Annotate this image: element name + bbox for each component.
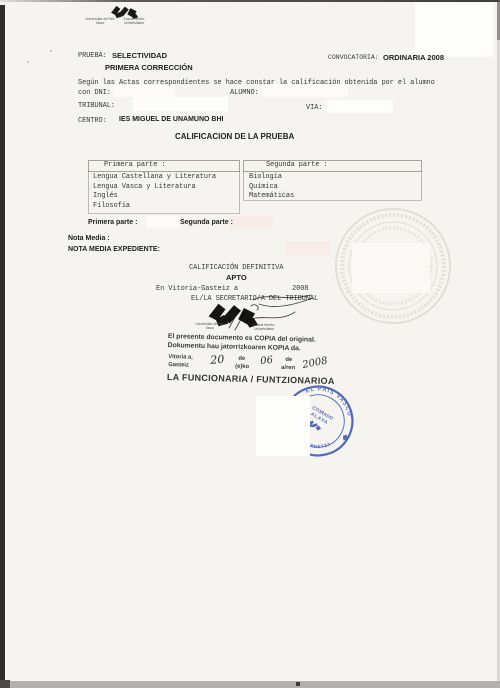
university-name-es: Universidad del País Vasco bbox=[85, 18, 115, 25]
signature-scribble bbox=[215, 288, 325, 340]
section-title: CALIFICACION DE LA PRUEBA bbox=[175, 132, 294, 141]
dni-label: con DNI: bbox=[78, 89, 111, 97]
subject-item: Lengua Castellana y Literatura bbox=[93, 173, 216, 183]
subject-item: Filosofía bbox=[93, 202, 216, 212]
redaction-top-right bbox=[415, 3, 493, 57]
part1-score-label: Primera parte : bbox=[88, 219, 137, 226]
copy-eko: (e)ko bbox=[235, 364, 249, 370]
scan-corner-mark bbox=[0, 680, 10, 688]
redaction-part2-score bbox=[229, 216, 273, 229]
table-part2-subjects: Biología Química Matemáticas bbox=[249, 173, 294, 202]
scanned-document: Universidad del País Vasco Euskal Herrik… bbox=[0, 0, 500, 688]
subject-item: Inglés bbox=[93, 192, 216, 202]
scan-edge-bottom bbox=[0, 681, 500, 688]
table-part2-header: Segunda parte : bbox=[266, 161, 328, 169]
via-label: VIA: bbox=[306, 104, 322, 112]
redaction-part1-score bbox=[146, 216, 180, 228]
prueba-value: SELECTIVIDAD bbox=[112, 51, 167, 60]
nota-media-label: Nota Media : bbox=[68, 235, 110, 242]
redaction-faint-stamp bbox=[352, 243, 430, 293]
centro-value: IES MIGUEL DE UNAMUNO BHI bbox=[119, 116, 224, 123]
scan-edge-left bbox=[0, 5, 5, 682]
university-name-eu: Euskal Herriko Unibertsitatea bbox=[118, 18, 150, 25]
result-verdict: APTO bbox=[226, 273, 247, 282]
convocatoria-label: CONVOCATORIA: bbox=[328, 54, 379, 61]
copy-place-es: Vitoria a, bbox=[168, 354, 193, 361]
centro-label: CENTRO: bbox=[78, 117, 107, 125]
copy-place-eu: Gasteiz bbox=[168, 362, 189, 369]
redaction-tribunal bbox=[133, 97, 228, 111]
scan-speck-bottom bbox=[296, 682, 300, 686]
convocatoria-value: ORDINARIA 2008 bbox=[383, 53, 444, 62]
copy-de2: de bbox=[285, 357, 292, 363]
subject-item: Química bbox=[249, 183, 294, 193]
prueba-label: PRUEBA: bbox=[78, 52, 107, 60]
subject-item: Biología bbox=[249, 173, 294, 183]
redaction-blue-stamp bbox=[256, 396, 310, 456]
copy-de1: de bbox=[238, 356, 245, 362]
part2-score-label: Segunda parte : bbox=[180, 219, 233, 226]
redaction-expediente-score bbox=[286, 242, 330, 255]
result-heading: CALIFICACIÓN DEFINITIVA bbox=[189, 264, 283, 272]
nota-expediente-label: NOTA MEDIA EXPEDIENTE: bbox=[68, 246, 160, 253]
handwritten-month: 06 bbox=[260, 355, 274, 367]
subject-item: Lengua Vasca y Literatura bbox=[93, 183, 216, 193]
scan-edge-top bbox=[0, 0, 500, 2]
correction-line: PRIMERA CORRECCIÓN bbox=[105, 63, 193, 72]
tribunal-label: TRIBUNAL: bbox=[78, 102, 115, 110]
copy-line-eu: Dokumentu hau jatorrizkoaren KOPIA da. bbox=[168, 342, 301, 352]
scan-speck-2 bbox=[27, 61, 29, 63]
intro-statement: Según las Actas correspondientes se hace… bbox=[78, 79, 435, 87]
alumno-label: ALUMNO: bbox=[230, 89, 259, 97]
handwritten-year: 2008 bbox=[302, 355, 329, 370]
table-part1-subjects: Lengua Castellana y Literatura Lengua Va… bbox=[93, 173, 216, 211]
scan-speck-1 bbox=[50, 50, 52, 52]
subject-item: Matemáticas bbox=[249, 192, 294, 202]
redaction-via bbox=[327, 100, 393, 113]
table-part1-header: Primera parte : bbox=[104, 161, 166, 169]
handwritten-day: 20 bbox=[210, 353, 225, 367]
copy-aren: a/ren bbox=[281, 365, 295, 371]
